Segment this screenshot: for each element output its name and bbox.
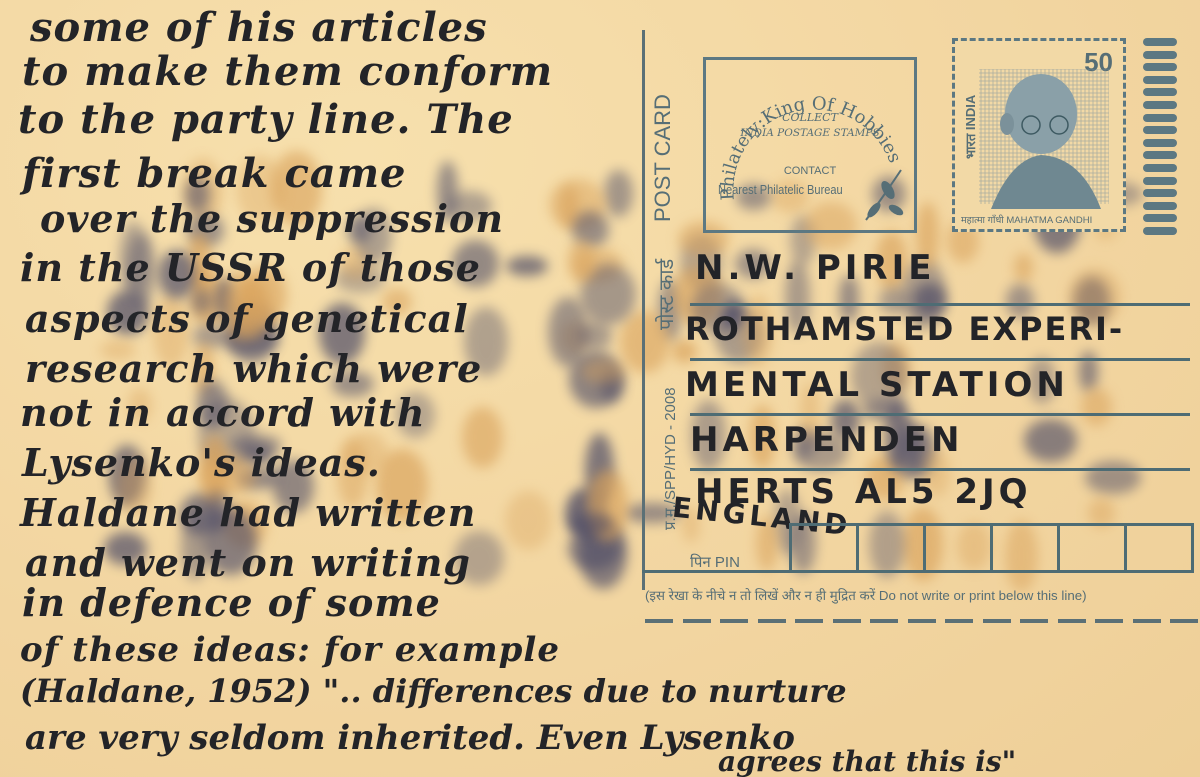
dash (1170, 619, 1198, 623)
pin-box (923, 523, 993, 573)
bar (1143, 177, 1177, 185)
pin-box (1057, 523, 1127, 573)
postcard: some of his articles to make them confor… (0, 0, 1200, 777)
message-line: to the party line. The (18, 96, 514, 143)
philately-promo-box: Philately:King Of Hobbies COLLECT INDIA … (703, 57, 917, 233)
address-rule (690, 358, 1190, 361)
dash (945, 619, 973, 623)
dash (795, 619, 823, 623)
message-line: first break came (22, 150, 407, 197)
center-divider (642, 30, 645, 590)
message-line: Haldane had written (20, 490, 476, 535)
dash (645, 619, 673, 623)
pin-box (789, 523, 859, 573)
no-write-notice: (इस रेखा के नीचे न तो लिखें और न ही मुद्… (645, 586, 1087, 604)
dash (1095, 619, 1123, 623)
bar (1143, 114, 1177, 122)
barcode-bars (1143, 38, 1177, 240)
leaf-icon (865, 170, 905, 220)
promo-contact: CONTACT (706, 165, 914, 177)
dash (1020, 619, 1048, 623)
message-line: over the suppression (40, 196, 504, 241)
message-line: in defence of some (22, 580, 441, 625)
message-line: and went on writing (25, 540, 471, 585)
dash (720, 619, 748, 623)
dash (1133, 619, 1161, 623)
dash (983, 619, 1011, 623)
pin-box (856, 523, 926, 573)
stamp-caption: महात्मा गाँधी MAHATMA GANDHI (961, 213, 1092, 226)
message-line: Lysenko's ideas. (22, 440, 381, 485)
address-line: N.W. PIRIE (695, 248, 935, 288)
address-rule (690, 468, 1190, 471)
bar (1143, 202, 1177, 210)
address-line: ROTHAMSTED EXPERI- (685, 310, 1124, 348)
dash (758, 619, 786, 623)
bar (1143, 214, 1177, 222)
portrait-icon (971, 59, 1121, 209)
bar (1143, 139, 1177, 147)
address-rule (690, 413, 1190, 416)
pin-box (1124, 523, 1194, 573)
dash (683, 619, 711, 623)
dash (1058, 619, 1086, 623)
message-line: research which were (25, 346, 482, 391)
bar (1143, 227, 1177, 235)
message-line: (Haldane, 1952) ".. differences due to n… (20, 672, 847, 710)
pin-box (990, 523, 1060, 573)
bar (1143, 63, 1177, 71)
bar (1143, 38, 1177, 46)
arc-text: Philately:King Of Hobbies (706, 60, 914, 230)
dash (908, 619, 936, 623)
post-card-label-en: POST CARD (650, 94, 675, 222)
bar (1143, 101, 1177, 109)
dash (870, 619, 898, 623)
promo-collect: COLLECT (706, 111, 914, 124)
message-line: agrees that this is" (718, 745, 1016, 777)
promo-bureau: Nearest Philatelic Bureau (718, 182, 843, 197)
bar (1143, 51, 1177, 59)
bar (1143, 76, 1177, 84)
message-line: in the USSR of those (20, 245, 481, 290)
bar (1143, 151, 1177, 159)
pin-label: पिन PIN (690, 552, 740, 572)
message-line: not in accord with (20, 390, 425, 435)
message-line: to make them conform (22, 48, 553, 95)
postage-stamp: भारत INDIA 50 महात्मा गाँधी MAHATMA GAND… (952, 38, 1126, 232)
message-line: are very seldom inherited. Even Lysenko (25, 718, 795, 758)
bar (1143, 189, 1177, 197)
post-card-label-hindi: पोस्ट कार्ड (652, 259, 679, 330)
bar (1143, 164, 1177, 172)
address-rule (690, 303, 1190, 306)
address-line: MENTAL STATION (685, 365, 1069, 405)
message-line: of these ideas: for example (20, 630, 560, 670)
dash (833, 619, 861, 623)
message-line: some of his articles (30, 4, 488, 51)
address-line: HARPENDEN (690, 420, 963, 460)
bar (1143, 126, 1177, 134)
bar (1143, 88, 1177, 96)
promo-stamps: INDIA POSTAGE STAMPS (706, 127, 914, 139)
post-card-label: POST CARD (650, 94, 676, 222)
message-line: aspects of genetical (25, 296, 469, 341)
